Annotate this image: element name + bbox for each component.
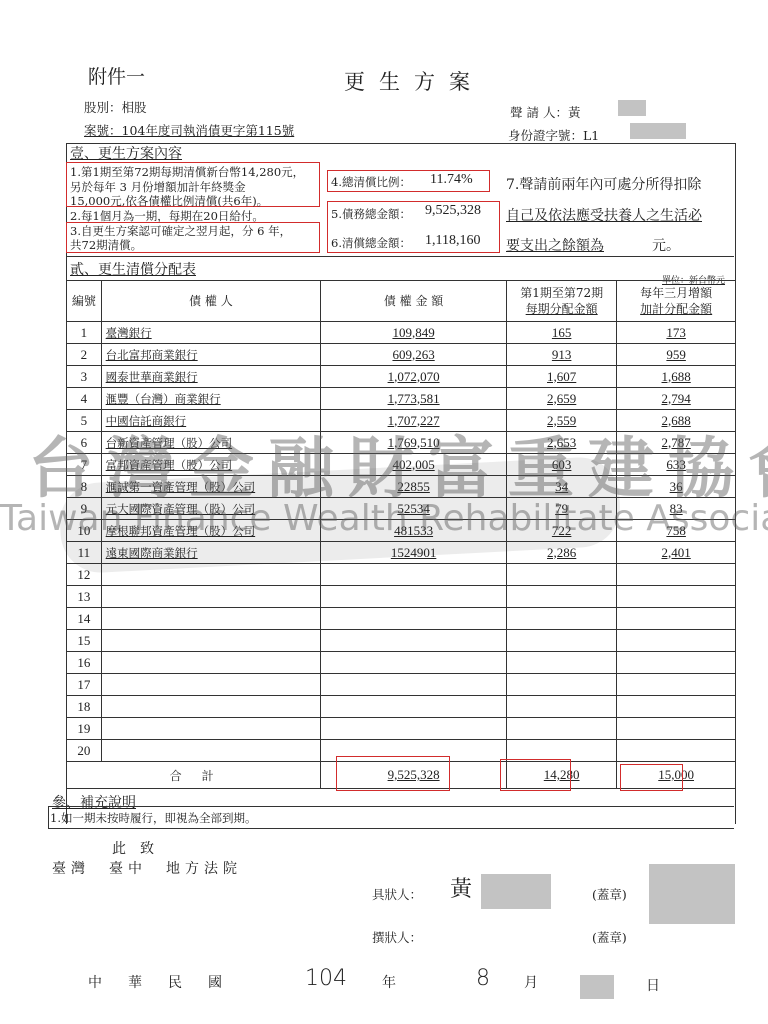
row-march-amount: 2,401 bbox=[617, 542, 736, 564]
row-monthly-amount: 2,286 bbox=[507, 542, 617, 564]
section1-heading: 壹、更生方案內容 bbox=[70, 143, 182, 163]
table-row: 12 bbox=[67, 564, 736, 586]
row-monthly-amount: 2,659 bbox=[507, 388, 617, 410]
section-divider bbox=[66, 256, 734, 257]
table-row: 15 bbox=[67, 630, 736, 652]
row-claim-amount: 52534 bbox=[321, 498, 507, 520]
table-row: 8滙誠第一資產管理（股）公司228553436 bbox=[67, 476, 736, 498]
id-number-label: 身份證字號：L1 bbox=[508, 126, 599, 144]
row-march-amount bbox=[617, 564, 736, 586]
table-row: 17 bbox=[67, 674, 736, 696]
row-number: 4 bbox=[67, 388, 102, 410]
row-monthly-amount: 34 bbox=[507, 476, 617, 498]
case-number: 案號：104年度司執消債更字第115號 bbox=[84, 121, 294, 139]
division-label: 股別：相股 bbox=[84, 98, 147, 116]
date-month-label: 月 bbox=[524, 972, 544, 992]
col-header-monthly: 第1期至第72期 每期分配金額 bbox=[507, 281, 617, 322]
row-creditor: 滙誠第一資產管理（股）公司 bbox=[101, 476, 320, 498]
row-claim-amount bbox=[321, 586, 507, 608]
row-monthly-amount: 603 bbox=[507, 454, 617, 476]
row-monthly-amount bbox=[507, 652, 617, 674]
col-header-march-line2: 加計分配金額 bbox=[621, 301, 731, 317]
row-creditor: 滙豐（台灣）商業銀行 bbox=[101, 388, 320, 410]
plan-item4-value: 11.74% bbox=[430, 172, 473, 188]
row-monthly-amount: 913 bbox=[507, 344, 617, 366]
row-claim-amount: 1,773,581 bbox=[321, 388, 507, 410]
row-monthly-amount bbox=[507, 608, 617, 630]
row-creditor: 摩根聯邦資產管理（股）公司 bbox=[101, 520, 320, 542]
row-claim-amount bbox=[321, 608, 507, 630]
row-monthly-amount: 722 bbox=[507, 520, 617, 542]
plan-item5-label: 5.債務總金額： bbox=[331, 206, 411, 222]
row-march-amount bbox=[617, 740, 736, 762]
row-march-amount bbox=[617, 608, 736, 630]
row-claim-amount: 402,005 bbox=[321, 454, 507, 476]
row-number: 6 bbox=[67, 432, 102, 454]
table-row: 10摩根聯邦資產管理（股）公司481533722758 bbox=[67, 520, 736, 542]
row-march-amount: 83 bbox=[617, 498, 736, 520]
highlight-box-total-amount bbox=[336, 756, 450, 791]
row-march-amount bbox=[617, 674, 736, 696]
row-creditor: 台北富邦商業銀行 bbox=[101, 344, 320, 366]
filer-seal-label: (蓋章) bbox=[592, 885, 627, 903]
seal-redaction bbox=[649, 864, 735, 924]
date-year-handwritten: 104 bbox=[305, 966, 347, 991]
plan-item3-line2: 共72期清償。 bbox=[70, 237, 142, 253]
row-creditor bbox=[101, 586, 320, 608]
row-number: 19 bbox=[67, 718, 102, 740]
row-march-amount bbox=[617, 652, 736, 674]
plan-item6-value: 1,118,160 bbox=[425, 233, 480, 249]
col-header-amount: 債 權 金 額 bbox=[321, 281, 507, 322]
plan-item5-value: 9,525,328 bbox=[425, 203, 481, 219]
row-march-amount bbox=[617, 718, 736, 740]
highlight-box-total-monthly bbox=[500, 759, 571, 791]
row-monthly-amount: 1,607 bbox=[507, 366, 617, 388]
frame-bottom bbox=[48, 828, 734, 829]
row-claim-amount bbox=[321, 674, 507, 696]
col-header-no: 編號 bbox=[67, 281, 102, 322]
section2-heading: 貳、更生清償分配表 bbox=[70, 259, 196, 279]
row-number: 11 bbox=[67, 542, 102, 564]
table-row: 5中國信託商銀行1,707,2272,5592,688 bbox=[67, 410, 736, 432]
table-header-row: 編號 債 權 人 債 權 金 額 第1期至第72期 每期分配金額 每年三月增額 … bbox=[67, 281, 736, 322]
table-row: 18 bbox=[67, 696, 736, 718]
row-claim-amount: 1524901 bbox=[321, 542, 507, 564]
row-claim-amount: 481533 bbox=[321, 520, 507, 542]
plan-item7-line1: 7.聲請前兩年內可處分所得扣除 bbox=[506, 174, 701, 194]
plan-item7-line2: 自己及依法應受扶養人之生活必 bbox=[506, 205, 702, 225]
row-monthly-amount bbox=[507, 674, 617, 696]
row-number: 12 bbox=[67, 564, 102, 586]
row-creditor: 遠東國際商業銀行 bbox=[101, 542, 320, 564]
row-creditor: 台新資產管理（股）公司 bbox=[101, 432, 320, 454]
total-label: 合 計 bbox=[67, 762, 321, 789]
col-header-march-line1: 每年三月增額 bbox=[621, 285, 731, 301]
row-march-amount: 2,794 bbox=[617, 388, 736, 410]
row-monthly-amount bbox=[507, 718, 617, 740]
row-claim-amount bbox=[321, 718, 507, 740]
row-march-amount: 36 bbox=[617, 476, 736, 498]
salutation: 此 致 bbox=[112, 838, 154, 858]
row-monthly-amount: 2,559 bbox=[507, 410, 617, 432]
row-march-amount bbox=[617, 630, 736, 652]
row-creditor: 中國信託商銀行 bbox=[101, 410, 320, 432]
writer-label: 撰狀人： bbox=[372, 928, 422, 946]
col-header-march: 每年三月增額 加計分配金額 bbox=[617, 281, 736, 322]
row-march-amount bbox=[617, 696, 736, 718]
plan-item1-line3: 15,000元,依各債權比例清償(共6年)。 bbox=[70, 193, 268, 209]
row-monthly-amount: 79 bbox=[507, 498, 617, 520]
section3-heading: 參、補充說明 bbox=[52, 792, 136, 812]
table-row: 14 bbox=[67, 608, 736, 630]
row-claim-amount bbox=[321, 564, 507, 586]
row-claim-amount bbox=[321, 696, 507, 718]
row-claim-amount: 1,769,510 bbox=[321, 432, 507, 454]
filer-label: 具狀人： bbox=[372, 885, 422, 903]
date-year-label: 年 bbox=[382, 972, 402, 992]
applicant-name-redaction bbox=[618, 100, 646, 116]
row-creditor bbox=[101, 674, 320, 696]
row-number: 16 bbox=[67, 652, 102, 674]
row-creditor: 富邦資產管理（股）公司 bbox=[101, 454, 320, 476]
table-row: 9元大國際資產管理（股）公司525347983 bbox=[67, 498, 736, 520]
col-header-monthly-line2: 每期分配金額 bbox=[511, 301, 612, 317]
row-number: 15 bbox=[67, 630, 102, 652]
row-number: 7 bbox=[67, 454, 102, 476]
row-creditor bbox=[101, 652, 320, 674]
row-creditor bbox=[101, 608, 320, 630]
row-claim-amount: 1,072,070 bbox=[321, 366, 507, 388]
row-monthly-amount bbox=[507, 630, 617, 652]
writer-seal-label: (蓋章) bbox=[592, 928, 627, 946]
row-monthly-amount: 165 bbox=[507, 322, 617, 344]
table-row: 19 bbox=[67, 718, 736, 740]
table-row: 11遠東國際商業銀行15249012,2862,401 bbox=[67, 542, 736, 564]
row-creditor bbox=[101, 696, 320, 718]
row-number: 3 bbox=[67, 366, 102, 388]
date-prefix: 中 華 民 國 bbox=[88, 972, 228, 992]
court-name: 臺灣 臺中 地方法院 bbox=[52, 858, 242, 878]
row-number: 2 bbox=[67, 344, 102, 366]
row-number: 5 bbox=[67, 410, 102, 432]
section3-left-border bbox=[48, 806, 49, 828]
table-row: 7富邦資產管理（股）公司402,005603633 bbox=[67, 454, 736, 476]
document-title: 更生方案 bbox=[344, 66, 484, 96]
row-claim-amount: 609,263 bbox=[321, 344, 507, 366]
row-claim-amount: 109,849 bbox=[321, 322, 507, 344]
row-number: 20 bbox=[67, 740, 102, 762]
row-creditor: 臺灣銀行 bbox=[101, 322, 320, 344]
plan-item6-label: 6.清償總金額： bbox=[331, 235, 411, 251]
row-creditor bbox=[101, 740, 320, 762]
highlight-box-total-march bbox=[620, 764, 683, 791]
row-march-amount: 2,688 bbox=[617, 410, 736, 432]
col-header-monthly-line1: 第1期至第72期 bbox=[511, 285, 612, 301]
table-row: 2台北富邦商業銀行609,263913959 bbox=[67, 344, 736, 366]
plan-item4-label: 4.總清償比例： bbox=[331, 174, 411, 190]
row-creditor bbox=[101, 718, 320, 740]
plan-item7-unit: 元。 bbox=[652, 235, 680, 255]
section3-divider bbox=[48, 806, 734, 807]
applicant-label: 聲 請 人：黃 bbox=[510, 103, 580, 121]
row-march-amount: 2,787 bbox=[617, 432, 736, 454]
row-number: 13 bbox=[67, 586, 102, 608]
row-number: 18 bbox=[67, 696, 102, 718]
date-day-redaction bbox=[580, 975, 614, 999]
col-header-creditor: 債 權 人 bbox=[101, 281, 320, 322]
filer-name-redaction bbox=[481, 874, 551, 909]
row-march-amount: 758 bbox=[617, 520, 736, 542]
supplementary-note-1: 1.如一期未按時履行，即視為全部到期。 bbox=[50, 810, 256, 826]
row-monthly-amount: 2,653 bbox=[507, 432, 617, 454]
row-claim-amount bbox=[321, 652, 507, 674]
date-month-handwritten: 8 bbox=[476, 966, 490, 991]
distribution-table: 編號 債 權 人 債 權 金 額 第1期至第72期 每期分配金額 每年三月增額 … bbox=[66, 280, 736, 789]
row-claim-amount bbox=[321, 630, 507, 652]
row-creditor bbox=[101, 630, 320, 652]
plan-item7-line3: 要支出之餘額為 bbox=[506, 235, 604, 255]
row-monthly-amount bbox=[507, 564, 617, 586]
table-row: 3國泰世華商業銀行1,072,0701,6071,688 bbox=[67, 366, 736, 388]
table-row: 4滙豐（台灣）商業銀行1,773,5812,6592,794 bbox=[67, 388, 736, 410]
row-monthly-amount bbox=[507, 586, 617, 608]
date-day-label: 日 bbox=[646, 975, 666, 995]
row-march-amount: 1,688 bbox=[617, 366, 736, 388]
filer-handwritten-signature: 黃 bbox=[450, 872, 472, 903]
row-creditor: 國泰世華商業銀行 bbox=[101, 366, 320, 388]
row-number: 8 bbox=[67, 476, 102, 498]
row-number: 1 bbox=[67, 322, 102, 344]
table-row: 6台新資產管理（股）公司1,769,5102,6532,787 bbox=[67, 432, 736, 454]
plan-item1-line1: 1.第1期至第72期每期清償新台幣14,280元， bbox=[70, 164, 304, 180]
row-number: 10 bbox=[67, 520, 102, 542]
row-number: 9 bbox=[67, 498, 102, 520]
row-creditor: 元大國際資產管理（股）公司 bbox=[101, 498, 320, 520]
row-monthly-amount bbox=[507, 696, 617, 718]
row-number: 17 bbox=[67, 674, 102, 696]
row-creditor bbox=[101, 564, 320, 586]
row-march-amount: 173 bbox=[617, 322, 736, 344]
row-march-amount: 633 bbox=[617, 454, 736, 476]
table-row: 16 bbox=[67, 652, 736, 674]
row-number: 14 bbox=[67, 608, 102, 630]
attachment-label: 附件一 bbox=[88, 62, 145, 89]
table-row: 13 bbox=[67, 586, 736, 608]
row-march-amount bbox=[617, 586, 736, 608]
table-body: 1臺灣銀行109,8491651732台北富邦商業銀行609,263913959… bbox=[67, 322, 736, 762]
row-march-amount: 959 bbox=[617, 344, 736, 366]
table-row: 1臺灣銀行109,849165173 bbox=[67, 322, 736, 344]
row-claim-amount: 1,707,227 bbox=[321, 410, 507, 432]
row-claim-amount: 22855 bbox=[321, 476, 507, 498]
id-number-redaction bbox=[630, 123, 686, 139]
